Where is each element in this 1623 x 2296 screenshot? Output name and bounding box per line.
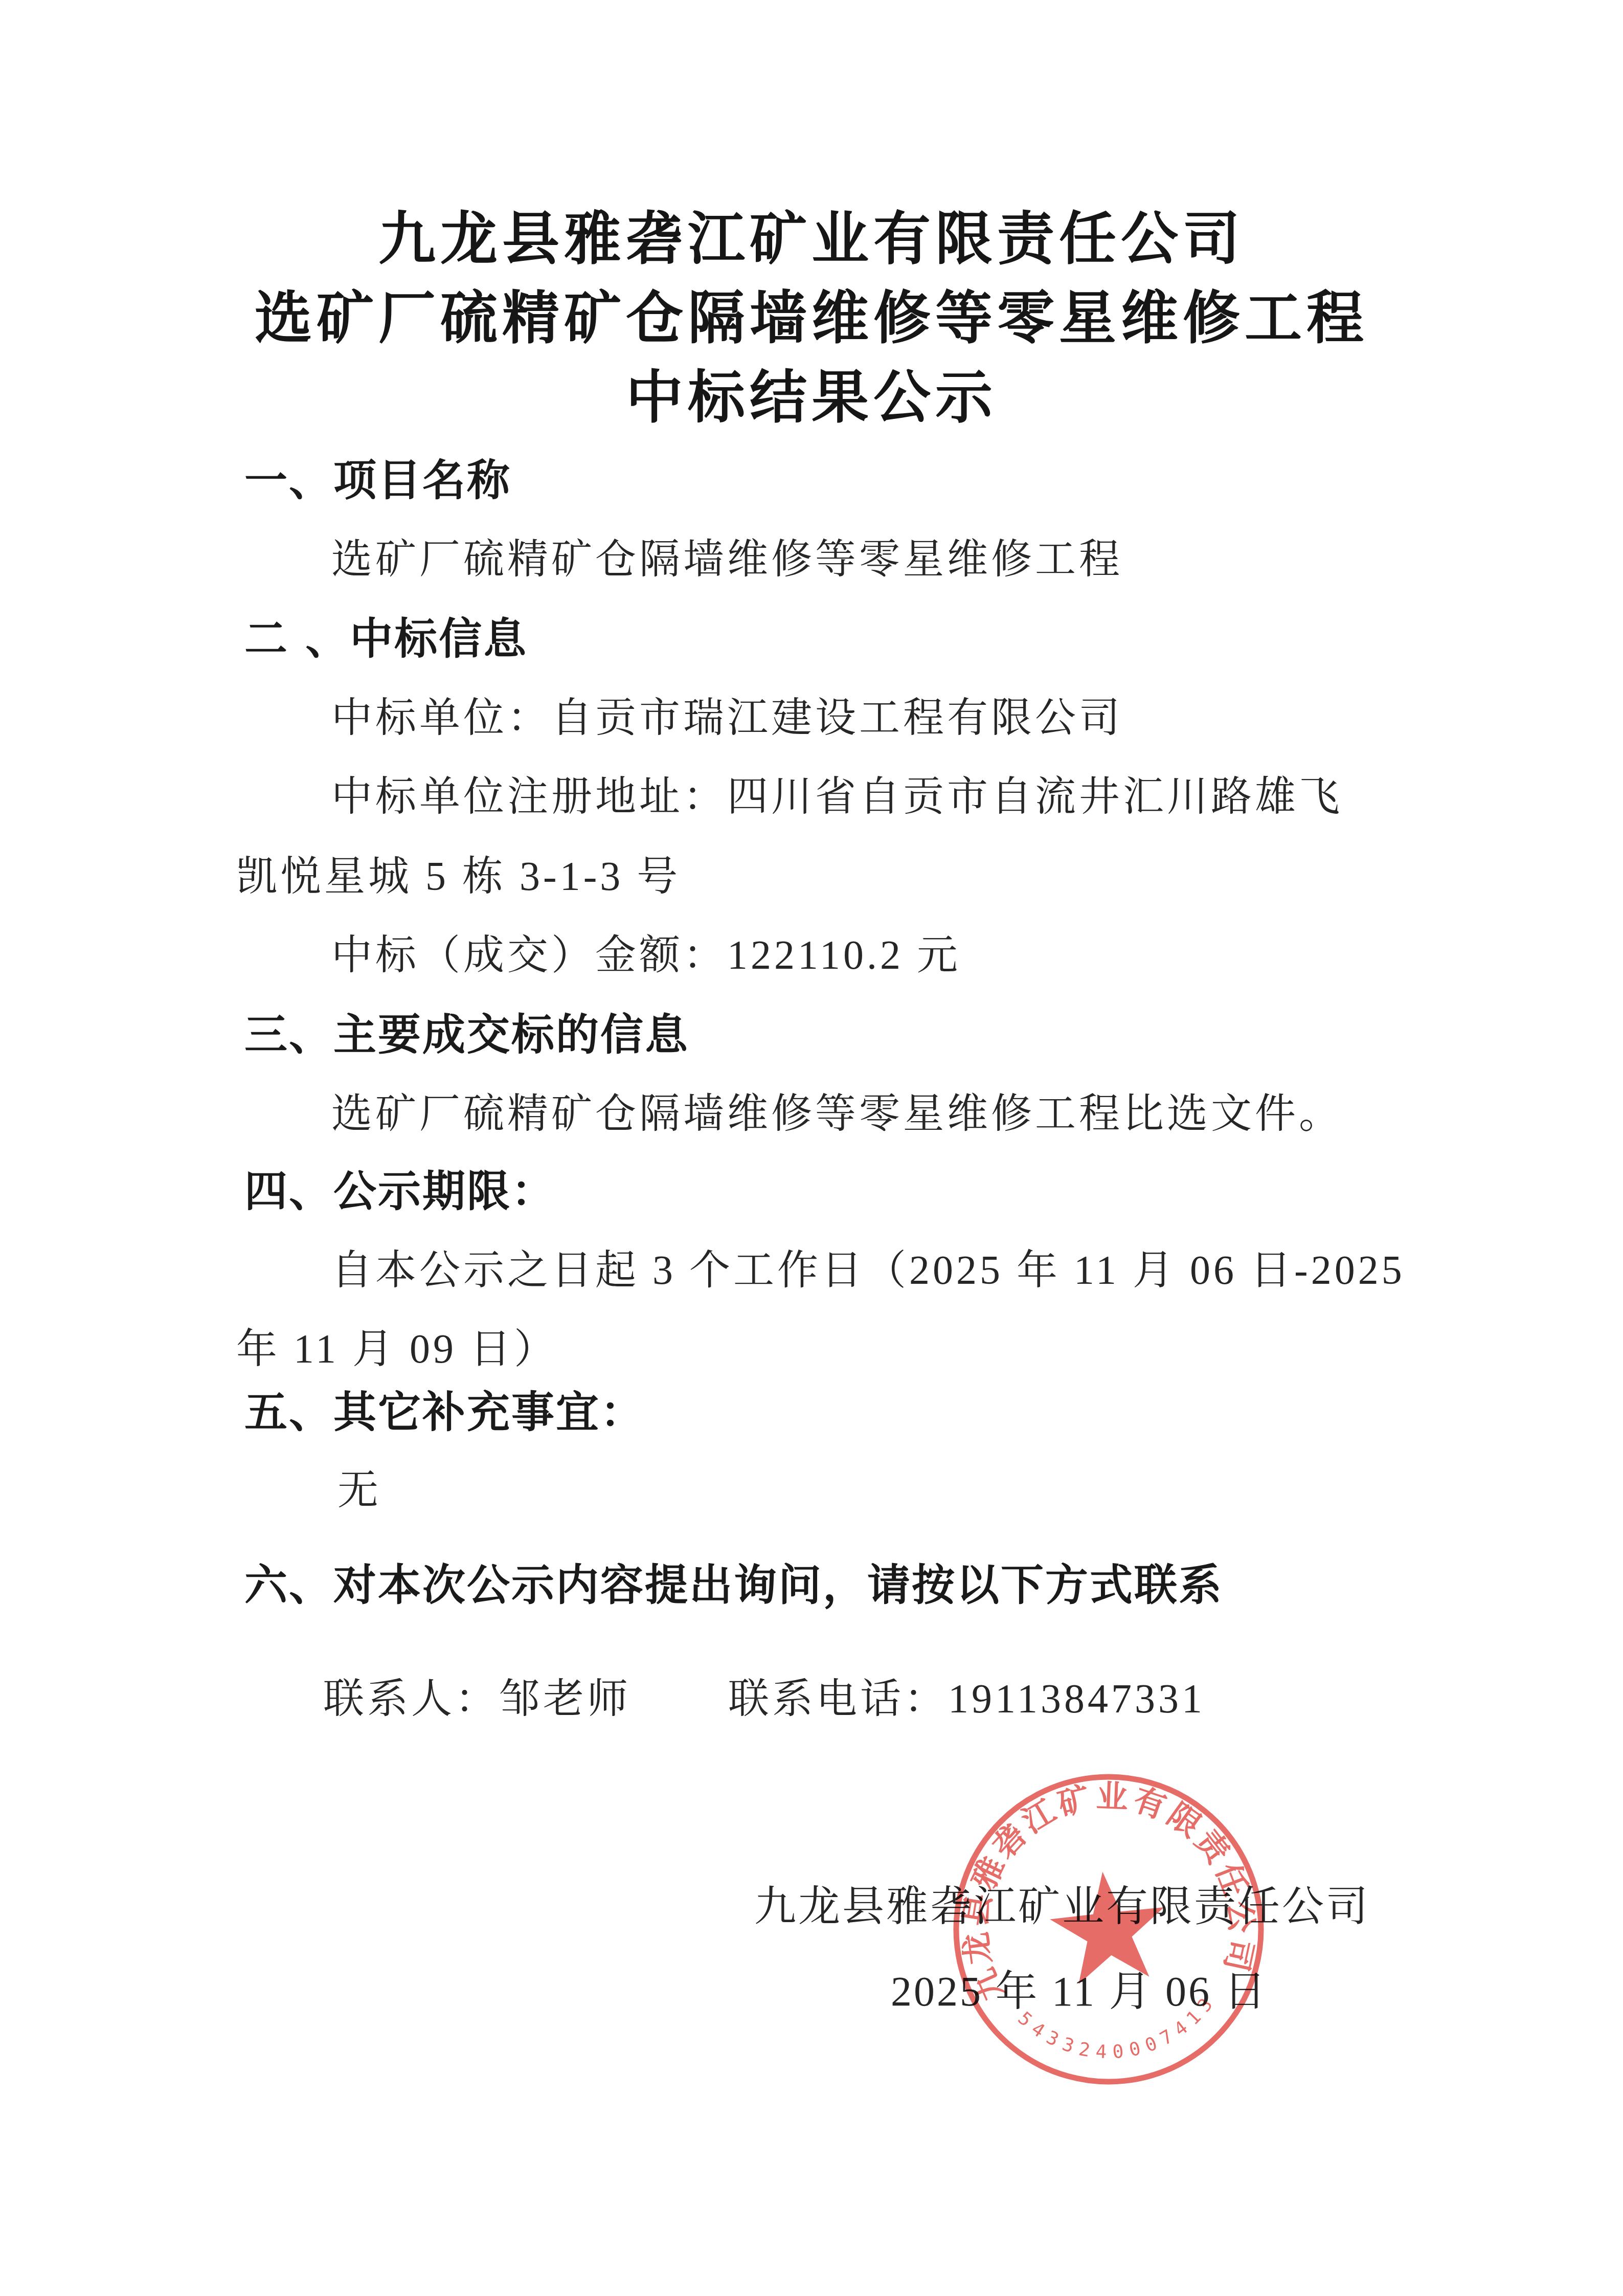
section-3-heading: 三、主要成交标的信息	[244, 1000, 689, 1062]
contact-person: 联系人：邹老师	[323, 1677, 631, 1722]
publicity-period-line-2: 年 11 月 09 日）	[236, 1316, 558, 1374]
section-2-heading: 二 、中标信息	[244, 605, 528, 666]
award-amount-line: 中标（成交）金额：122110.2 元	[331, 922, 961, 980]
section-6-heading: 六、对本次公示内容提出询问，请按以下方式联系	[244, 1551, 1223, 1613]
section-5-body: 无	[337, 1457, 381, 1515]
section-1-heading: 一、项目名称	[244, 446, 511, 508]
section-5-heading: 五、其它补充事宜：	[244, 1378, 645, 1440]
document-title-line-3: 中标结果公示	[0, 352, 1623, 434]
seal-serial-number-arc: 5433240007413	[1012, 1988, 1226, 2073]
section-3-body: 选矿厂硫精矿仓隔墙维修等零星维修工程比选文件。	[331, 1080, 1343, 1139]
award-address-line-2: 凯悦星城 5 栋 3-1-3 号	[236, 843, 681, 902]
company-seal-graphic: 九龙县雅砻江矿业有限责任公司 5433240007413	[929, 1749, 1288, 2109]
document-page: 九龙县雅砻江矿业有限责任公司 选矿厂硫精矿仓隔墙维修等零星维修工程 中标结果公示…	[0, 0, 1623, 2296]
section-4-heading: 四、公示期限：	[244, 1157, 556, 1219]
contact-line: 联系人：邹老师联系电话：19113847331	[323, 1665, 1205, 1724]
publicity-period-line-1: 自本公示之日起 3 个工作日（2025 年 11 月 06 日-2025	[331, 1237, 1405, 1296]
document-title-line-2: 选矿厂硫精矿仓隔墙维修等零星维修工程	[0, 273, 1623, 355]
contact-phone: 联系电话：19113847331	[728, 1665, 1205, 1724]
seal-serial-text: 5433240007413	[1012, 1988, 1226, 2073]
company-seal: 九龙县雅砻江矿业有限责任公司 5433240007413	[929, 1749, 1288, 2109]
award-address-line-1: 中标单位注册地址：四川省自贡市自流井汇川路雄飞	[331, 763, 1343, 822]
document-title-line-1: 九龙县雅砻江矿业有限责任公司	[0, 193, 1623, 276]
section-1-body: 选矿厂硫精矿仓隔墙维修等零星维修工程	[331, 526, 1123, 585]
seal-star-icon	[1046, 1866, 1171, 1987]
award-winner-line: 中标单位：自贡市瑞江建设工程有限公司	[331, 684, 1123, 743]
